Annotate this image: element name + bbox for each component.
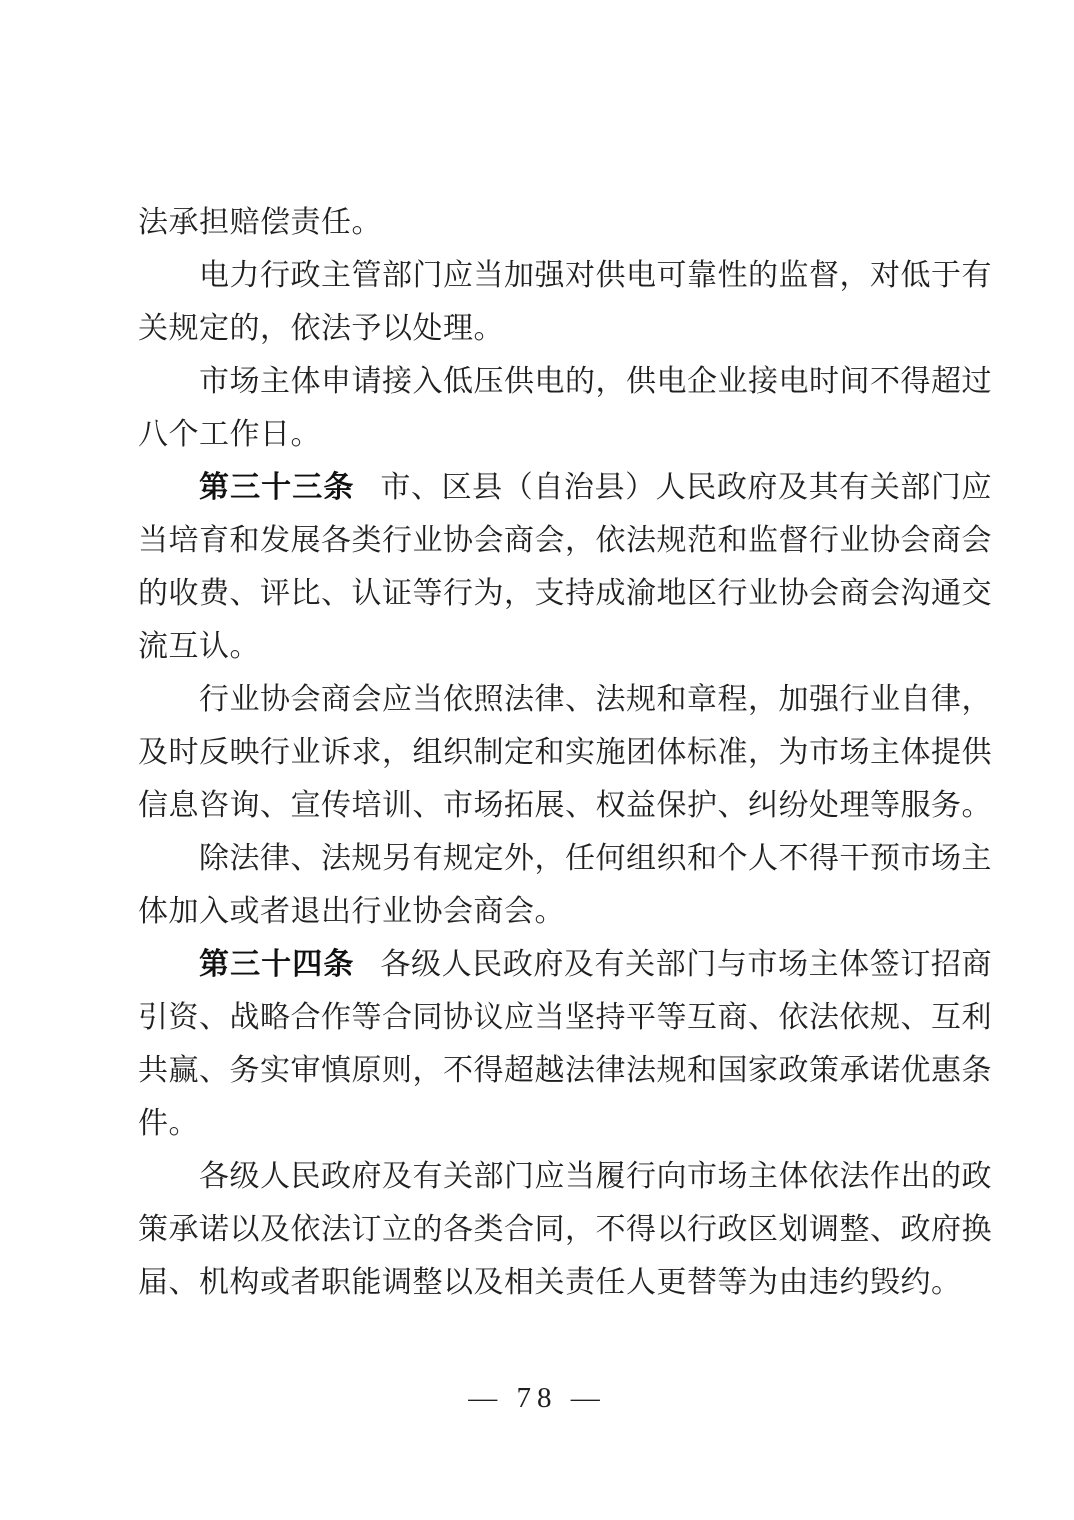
- article-paragraph: 第三十三条市、区县（自治县）人民政府及其有关部门应当培育和发展各类行业协会商会，…: [138, 461, 992, 673]
- paragraph-text: 各级人民政府及有关部门应当履行向市场主体依法作出的政策承诺以及依法订立的各类合同…: [138, 1160, 992, 1299]
- article-number-heading: 第三十四条: [199, 948, 380, 981]
- body-paragraph: 电力行政主管部门应当加强对供电可靠性的监督，对低于有关规定的，依法予以处理。: [138, 249, 992, 355]
- body-paragraph: 行业协会商会应当依照法律、法规和章程，加强行业自律，及时反映行业诉求，组织制定和…: [138, 673, 992, 832]
- paragraph-text: 法承担赔偿责任。: [138, 206, 382, 239]
- body-paragraph: 市场主体申请接入低压供电的，供电企业接电时间不得超过八个工作日。: [138, 355, 992, 461]
- paragraph-text: 电力行政主管部门应当加强对供电可靠性的监督，对低于有关规定的，依法予以处理。: [138, 259, 992, 345]
- paragraph-text: 行业协会商会应当依照法律、法规和章程，加强行业自律，及时反映行业诉求，组织制定和…: [138, 683, 992, 822]
- document-body: 法承担赔偿责任。电力行政主管部门应当加强对供电可靠性的监督，对低于有关规定的，依…: [138, 196, 992, 1309]
- article-number-heading: 第三十三条: [199, 471, 380, 504]
- paragraph-text: 除法律、法规另有规定外，任何组织和个人不得干预市场主体加入或者退出行业协会商会。: [138, 842, 992, 928]
- body-paragraph: 法承担赔偿责任。: [138, 196, 992, 249]
- document-page: 法承担赔偿责任。电力行政主管部门应当加强对供电可靠性的监督，对低于有关规定的，依…: [0, 0, 1074, 1520]
- article-paragraph: 第三十四条各级人民政府及有关部门与市场主体签订招商引资、战略合作等合同协议应当坚…: [138, 938, 992, 1150]
- body-paragraph: 除法律、法规另有规定外，任何组织和个人不得干预市场主体加入或者退出行业协会商会。: [138, 832, 992, 938]
- body-paragraph: 各级人民政府及有关部门应当履行向市场主体依法作出的政策承诺以及依法订立的各类合同…: [138, 1150, 992, 1309]
- paragraph-text: 市场主体申请接入低压供电的，供电企业接电时间不得超过八个工作日。: [138, 365, 992, 451]
- page-number: — 78 —: [468, 1382, 606, 1414]
- page-footer: — 78 —: [0, 1382, 1074, 1415]
